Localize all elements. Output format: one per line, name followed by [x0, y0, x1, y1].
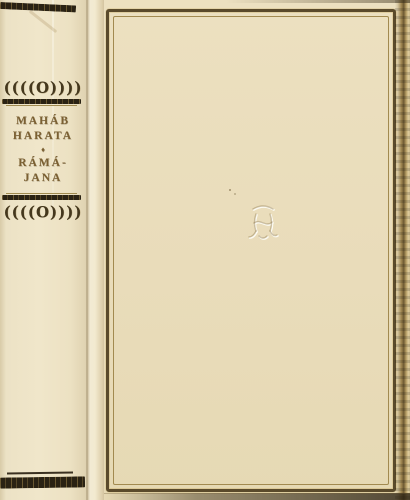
publisher-emblem-icon: [246, 202, 280, 242]
title-line-4: JANA: [0, 171, 86, 186]
book-cover-photo: ((((O)))) MAHÁB HARATA ♦ RÁMÁ- JANA ((((…: [0, 0, 410, 500]
spine-title: MAHÁB HARATA ♦ RÁMÁ- JANA: [0, 114, 86, 186]
cover-bottom-edge: [104, 493, 410, 500]
gold-frame-inner: [113, 16, 389, 485]
front-cover: [104, 0, 410, 500]
rule-thin-line: [6, 105, 77, 106]
title-line-2: HARATA: [0, 129, 86, 144]
rule-thick-line: [2, 99, 81, 104]
spine-bottom-thin-rule: [7, 472, 73, 475]
spine-smudge: [29, 10, 58, 33]
hinge-groove: [86, 0, 106, 500]
spine-rule-upper: [2, 99, 81, 106]
rule-thin-line: [6, 193, 77, 194]
cover-right-edge: [395, 0, 410, 500]
paper-speck: [229, 189, 231, 191]
rule-thick-line: [2, 195, 81, 200]
book-spine: ((((O)))) MAHÁB HARATA ♦ RÁMÁ- JANA ((((…: [0, 0, 88, 500]
title-line-3: RÁMÁ-: [0, 156, 86, 171]
spine-ornament-bottom: ((((O)))): [0, 204, 86, 221]
spine-ornament-top: ((((O)))): [0, 80, 86, 97]
spine-top-band: [0, 2, 76, 12]
title-separator-diamond: ♦: [0, 144, 86, 156]
cover-top-edge: [226, 0, 410, 3]
spine-rule-lower: [2, 193, 81, 200]
title-line-1: MAHÁB: [0, 114, 86, 129]
spine-bottom-band: [0, 476, 85, 488]
